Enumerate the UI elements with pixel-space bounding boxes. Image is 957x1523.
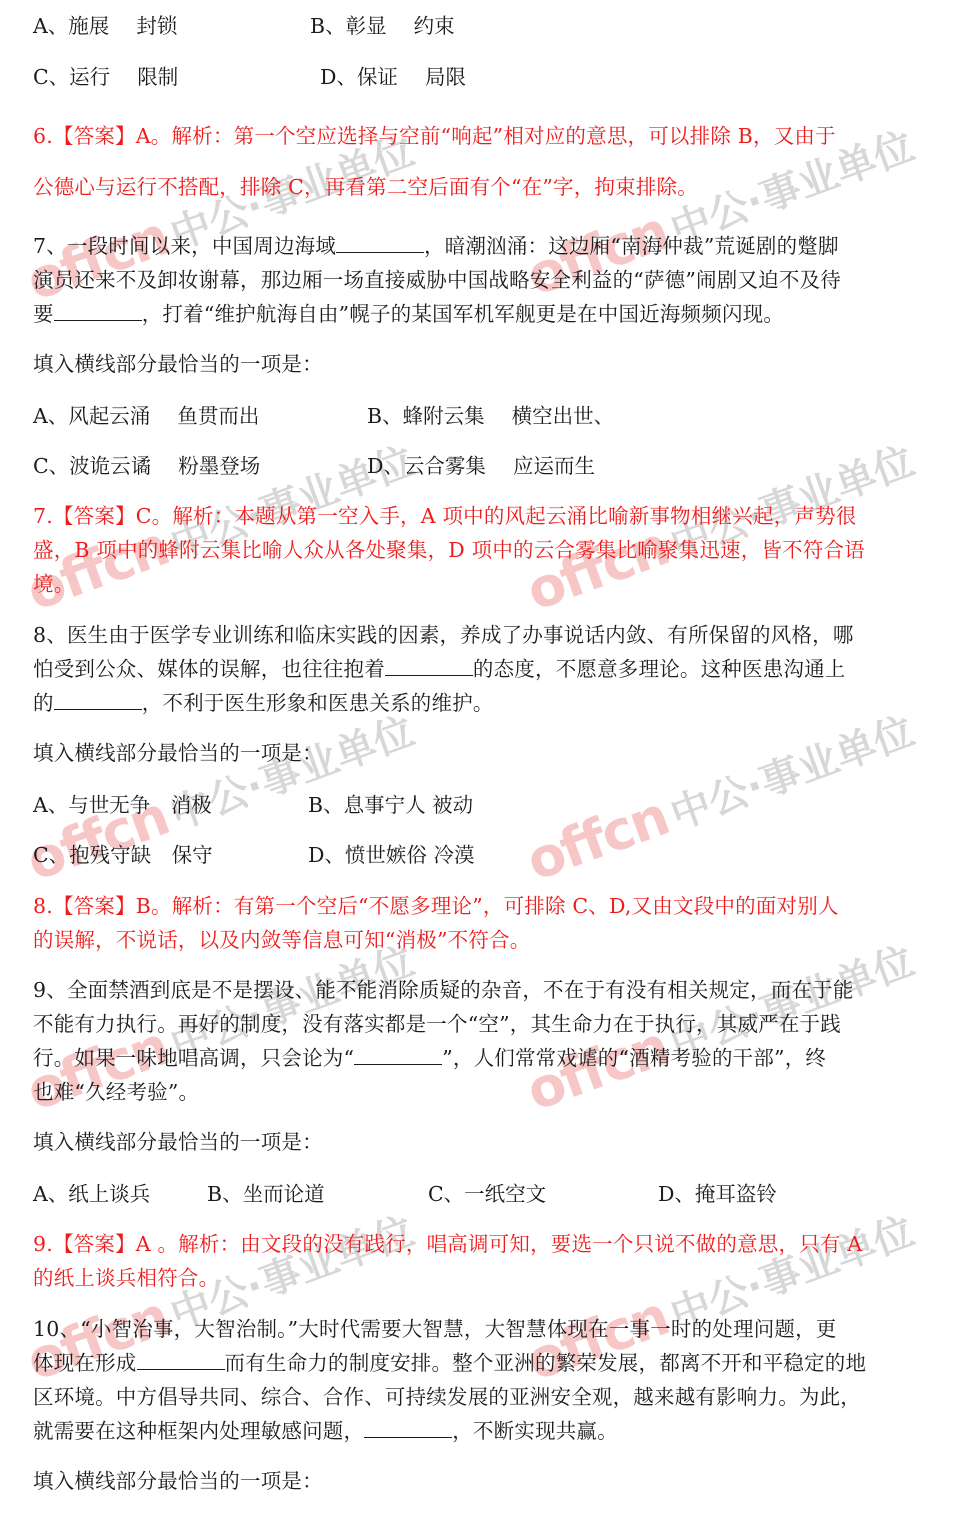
stem-line: 演员还来不及卸妆谢幕，那边厢一场直接威胁中国战略安全利益的“萨德”闹剧又迫不及待 bbox=[33, 263, 841, 297]
stem-text: ，不利于医生形象和医患关系的维护。 bbox=[142, 691, 494, 715]
fill-blank bbox=[354, 1042, 442, 1065]
answer-line: 公德心与运行不搭配，排除 C，再看第二空后面有个“在”字，拘束排除。 bbox=[33, 170, 698, 204]
option-c: C、波诡云谲 粉墨登场 bbox=[33, 449, 260, 483]
answer-line: 境。 bbox=[33, 567, 74, 601]
option-b: B、息事宁人 被动 bbox=[308, 788, 473, 822]
answer-line: 的纸上谈兵相符合。 bbox=[33, 1261, 219, 1295]
stem-line: 7、一段时间以来，中国周边海域，暗潮汹涌：这边厢“南海仲裁”荒诞剧的蹩脚 bbox=[33, 229, 839, 263]
answer-line: 8.【答案】B。解析：有第一个空后“不愿多理论”，可排除 C、D,又由文段中的面… bbox=[33, 889, 839, 923]
stem-line: 就需要在这种框架内处理敏感问题，，不断实现共赢。 bbox=[33, 1414, 618, 1448]
option-a: A、纸上谈兵 bbox=[33, 1177, 150, 1211]
stem-text: 要 bbox=[33, 302, 54, 326]
stem-line: 体现在形成而有生命力的制度安排。整个亚洲的繁荣发展，都离不开和平稳定的地 bbox=[33, 1346, 866, 1380]
stem-line: 行。如果一味地唱高调，只会论为“”，人们常常戏谑的“酒精考验的干部”，终 bbox=[33, 1041, 826, 1075]
option-d: D、云合雾集 应运而生 bbox=[367, 449, 595, 483]
fill-blank bbox=[54, 298, 142, 321]
option-d: D、保证 局限 bbox=[320, 60, 466, 94]
stem-line: 区环境。中方倡导共同、综合、合作、可持续发展的亚洲安全观，越来越有影响力。为此， bbox=[33, 1380, 861, 1414]
option-d: D、愤世嫉俗 冷漠 bbox=[308, 838, 474, 872]
stem-text: 就需要在这种框架内处理敏感问题， bbox=[33, 1419, 364, 1443]
fill-blank bbox=[54, 687, 142, 710]
question-7-prompt: 填入横线部分最恰当的一项是： bbox=[33, 347, 323, 381]
stem-line: 8、医生由于医学专业训练和临床实践的因素，养成了办事说话内敛、有所保留的风格，哪 bbox=[33, 618, 854, 652]
question-8-prompt: 填入横线部分最恰当的一项是： bbox=[33, 736, 323, 770]
stem-text: ，打着“维护航海自由”幌子的某国军机军舰更是在中国近海频频闪现。 bbox=[142, 302, 784, 326]
stem-text: 的态度，不愿意多理论。这种医患沟通上 bbox=[473, 657, 846, 681]
stem-line: 的，不利于医生形象和医患关系的维护。 bbox=[33, 686, 494, 720]
stem-line: 要，打着“维护航海自由”幌子的某国军机军舰更是在中国近海频频闪现。 bbox=[33, 297, 784, 331]
answer-line: 7.【答案】C。解析：本题从第一空入手，A 项中的风起云涌比喻新事物相继兴起，声… bbox=[33, 499, 856, 533]
option-b: B、蜂附云集 横空出世、 bbox=[367, 399, 614, 433]
stem-text: ，不断实现共赢。 bbox=[452, 1419, 618, 1443]
stem-text: 行。如果一味地唱高调，只会论为“ bbox=[33, 1046, 354, 1070]
stem-text: 7、一段时间以来，中国周边海域 bbox=[33, 234, 336, 258]
stem-text: 体现在形成 bbox=[33, 1351, 137, 1375]
stem-text: 怕受到公众、媒体的误解，也往往抱着 bbox=[33, 657, 385, 681]
option-d: D、掩耳盗铃 bbox=[658, 1177, 777, 1211]
stem-line: 9、全面禁酒到底是不是摆设、能不能消除质疑的杂音，不在于有没有相关规定，而在于能 bbox=[33, 973, 854, 1007]
option-c: C、一纸空文 bbox=[428, 1177, 546, 1211]
stem-line: 怕受到公众、媒体的误解，也往往抱着的态度，不愿意多理论。这种医患沟通上 bbox=[33, 652, 846, 686]
question-9-prompt: 填入横线部分最恰当的一项是： bbox=[33, 1125, 323, 1159]
stem-line: 也难“久经考验”。 bbox=[33, 1075, 199, 1109]
answer-line: 9.【答案】A 。解析：由文段的没有践行，唱高调可知，要选一个只说不做的意思，只… bbox=[33, 1227, 862, 1261]
stem-text: ，暗潮汹涌：这边厢“南海仲裁”荒诞剧的蹩脚 bbox=[424, 234, 839, 258]
answer-line: 6.【答案】A。解析：第一个空应选择与空前“响起”相对应的意思，可以排除 B，又… bbox=[33, 119, 836, 153]
fill-blank bbox=[364, 1415, 452, 1438]
question-10-prompt: 填入横线部分最恰当的一项是： bbox=[33, 1464, 323, 1498]
answer-line: 盛，B 项中的蜂附云集比喻人众从各处聚集，D 项中的云合雾集比喻聚集迅速，皆不符… bbox=[33, 533, 865, 567]
stem-text: 而有生命力的制度安排。整个亚洲的繁荣发展，都离不开和平稳定的地 bbox=[225, 1351, 867, 1375]
option-a: A、与世无争 消极 bbox=[33, 788, 212, 822]
option-c: C、抱残守缺 保守 bbox=[33, 838, 213, 872]
answer-line: 的误解，不说话，以及内敛等信息可知“消极”不符合。 bbox=[33, 923, 530, 957]
stem-text: ”，人们常常戏谑的“酒精考验的干部”，终 bbox=[442, 1046, 826, 1070]
option-b: B、彰显 约束 bbox=[310, 9, 455, 43]
fill-blank bbox=[336, 230, 424, 253]
stem-line: 10、“小智治事，大智治制。”大时代需要大智慧，大智慧体现在一事一时的处理问题，… bbox=[33, 1312, 837, 1346]
option-a: A、风起云涌 鱼贯而出 bbox=[33, 399, 259, 433]
fill-blank bbox=[137, 1347, 225, 1370]
option-a: A、施展 封锁 bbox=[33, 9, 177, 43]
fill-blank bbox=[385, 653, 473, 676]
stem-text: 的 bbox=[33, 691, 54, 715]
document-page: A、施展 封锁 B、彰显 约束 C、运行 限制 D、保证 局限 6.【答案】A。… bbox=[0, 0, 957, 1523]
option-c: C、运行 限制 bbox=[33, 60, 178, 94]
option-b: B、坐而论道 bbox=[207, 1177, 325, 1211]
stem-line: 不能有力执行。再好的制度，没有落实都是一个“空”，其生命力在于执行，其威严在于践 bbox=[33, 1007, 841, 1041]
